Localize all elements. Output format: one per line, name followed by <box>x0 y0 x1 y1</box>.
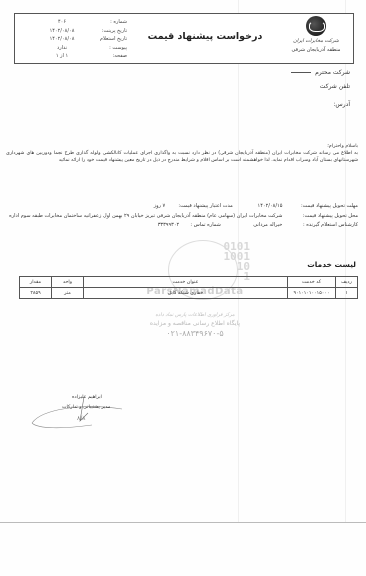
document-title: درخواست پیشنهاد قیمت <box>145 31 265 42</box>
company-logo: شرکت مخابرات ایران منطقه آذربایجان شرقی <box>285 16 347 62</box>
col-title: عنوان خدمت <box>84 277 288 288</box>
telecom-globe-icon <box>306 16 326 36</box>
col-quantity: مقدار <box>20 277 52 288</box>
services-section-title: لیست خدمات <box>307 260 356 269</box>
signature-mark: ۸/۸ <box>77 415 85 422</box>
meta-row-page: صفحه: ۱ از ۱ <box>37 52 127 61</box>
col-code: کد خدمت <box>288 277 336 288</box>
scan-artifact-line <box>238 0 239 522</box>
table-row: ۱ ۹۰۱۰۱۰۱۰۰۱۵۰۰۰ حفاری شبکه کابل متر ۲۸۵… <box>20 288 358 299</box>
services-table: ردیف کد خدمت عنوان خدمت واحد مقدار ۱ ۹۰۱… <box>19 276 358 299</box>
meta-row-inquiry-date: تاریخ استعلام ۱۴۰۲/۰۸/۰۸ <box>37 35 127 44</box>
watermark-phone: ۰۲۱-۸۸۳۴۹۶۷۰-۵ <box>140 329 250 338</box>
delivery-place-info: محل تحویل پیشنهاد قیمت: شرکت مخابرات ایر… <box>9 213 358 219</box>
document-header: شماره : ۴۰۶ تاریخ پرینت: ۱۴۰۲/۰۸/۰۸ تاری… <box>14 13 354 64</box>
document-page: شماره : ۴۰۶ تاریخ پرینت: ۱۴۰۲/۰۸/۰۸ تاری… <box>0 0 366 576</box>
watermark-line-2: پایگاه اطلاع رسانی مناقصه و مزایده <box>140 320 250 327</box>
table-header-row: ردیف کد خدمت عنوان خدمت واحد مقدار <box>20 277 358 288</box>
col-row: ردیف <box>336 277 358 288</box>
expert-info: کارشناس استعلام گیرنده : خیراله مردانی ش… <box>158 222 358 228</box>
body-paragraph: به اطلاع می رساند شرکت مخابرات ایران (من… <box>6 150 358 164</box>
recipient-address: آدرس: <box>333 101 350 108</box>
watermark-line-1: مرکز فراوری اطلاعات پارس نماد داده <box>140 312 250 318</box>
blank-line <box>291 72 311 73</box>
greeting: باسلام واحترام؛ <box>6 143 358 150</box>
deadline-info: مهلت تحویل پیشنهاد قیمت: ۱۴۰۲/۰۸/۱۵ مدت … <box>154 203 358 209</box>
logo-company-name: شرکت مخابرات ایران <box>285 38 347 44</box>
signatory-title: مدیر پشتیبانی و تدارکات <box>62 405 110 410</box>
signature-block: ابراهیم علیزاده مدیر پشتیبانی و تدارکات … <box>22 395 132 435</box>
meta-table: شماره : ۴۰۶ تاریخ پرینت: ۱۴۰۲/۰۸/۰۸ تاری… <box>37 18 127 61</box>
meta-row-number: شماره : ۴۰۶ <box>37 18 127 27</box>
page-edge-line <box>0 522 366 523</box>
meta-row-attachment: پیوست : ندارد <box>37 44 127 53</box>
recipient-company: شرکت محترم <box>291 69 350 76</box>
signatory-name: ابراهیم علیزاده <box>72 395 102 400</box>
logo-region-name: منطقه آذربایجان شرقی <box>285 47 347 53</box>
meta-row-print-date: تاریخ پرینت: ۱۴۰۲/۰۸/۰۸ <box>37 27 127 36</box>
col-unit: واحد <box>52 277 84 288</box>
recipient-phone: تلفن شرکت <box>320 83 350 90</box>
